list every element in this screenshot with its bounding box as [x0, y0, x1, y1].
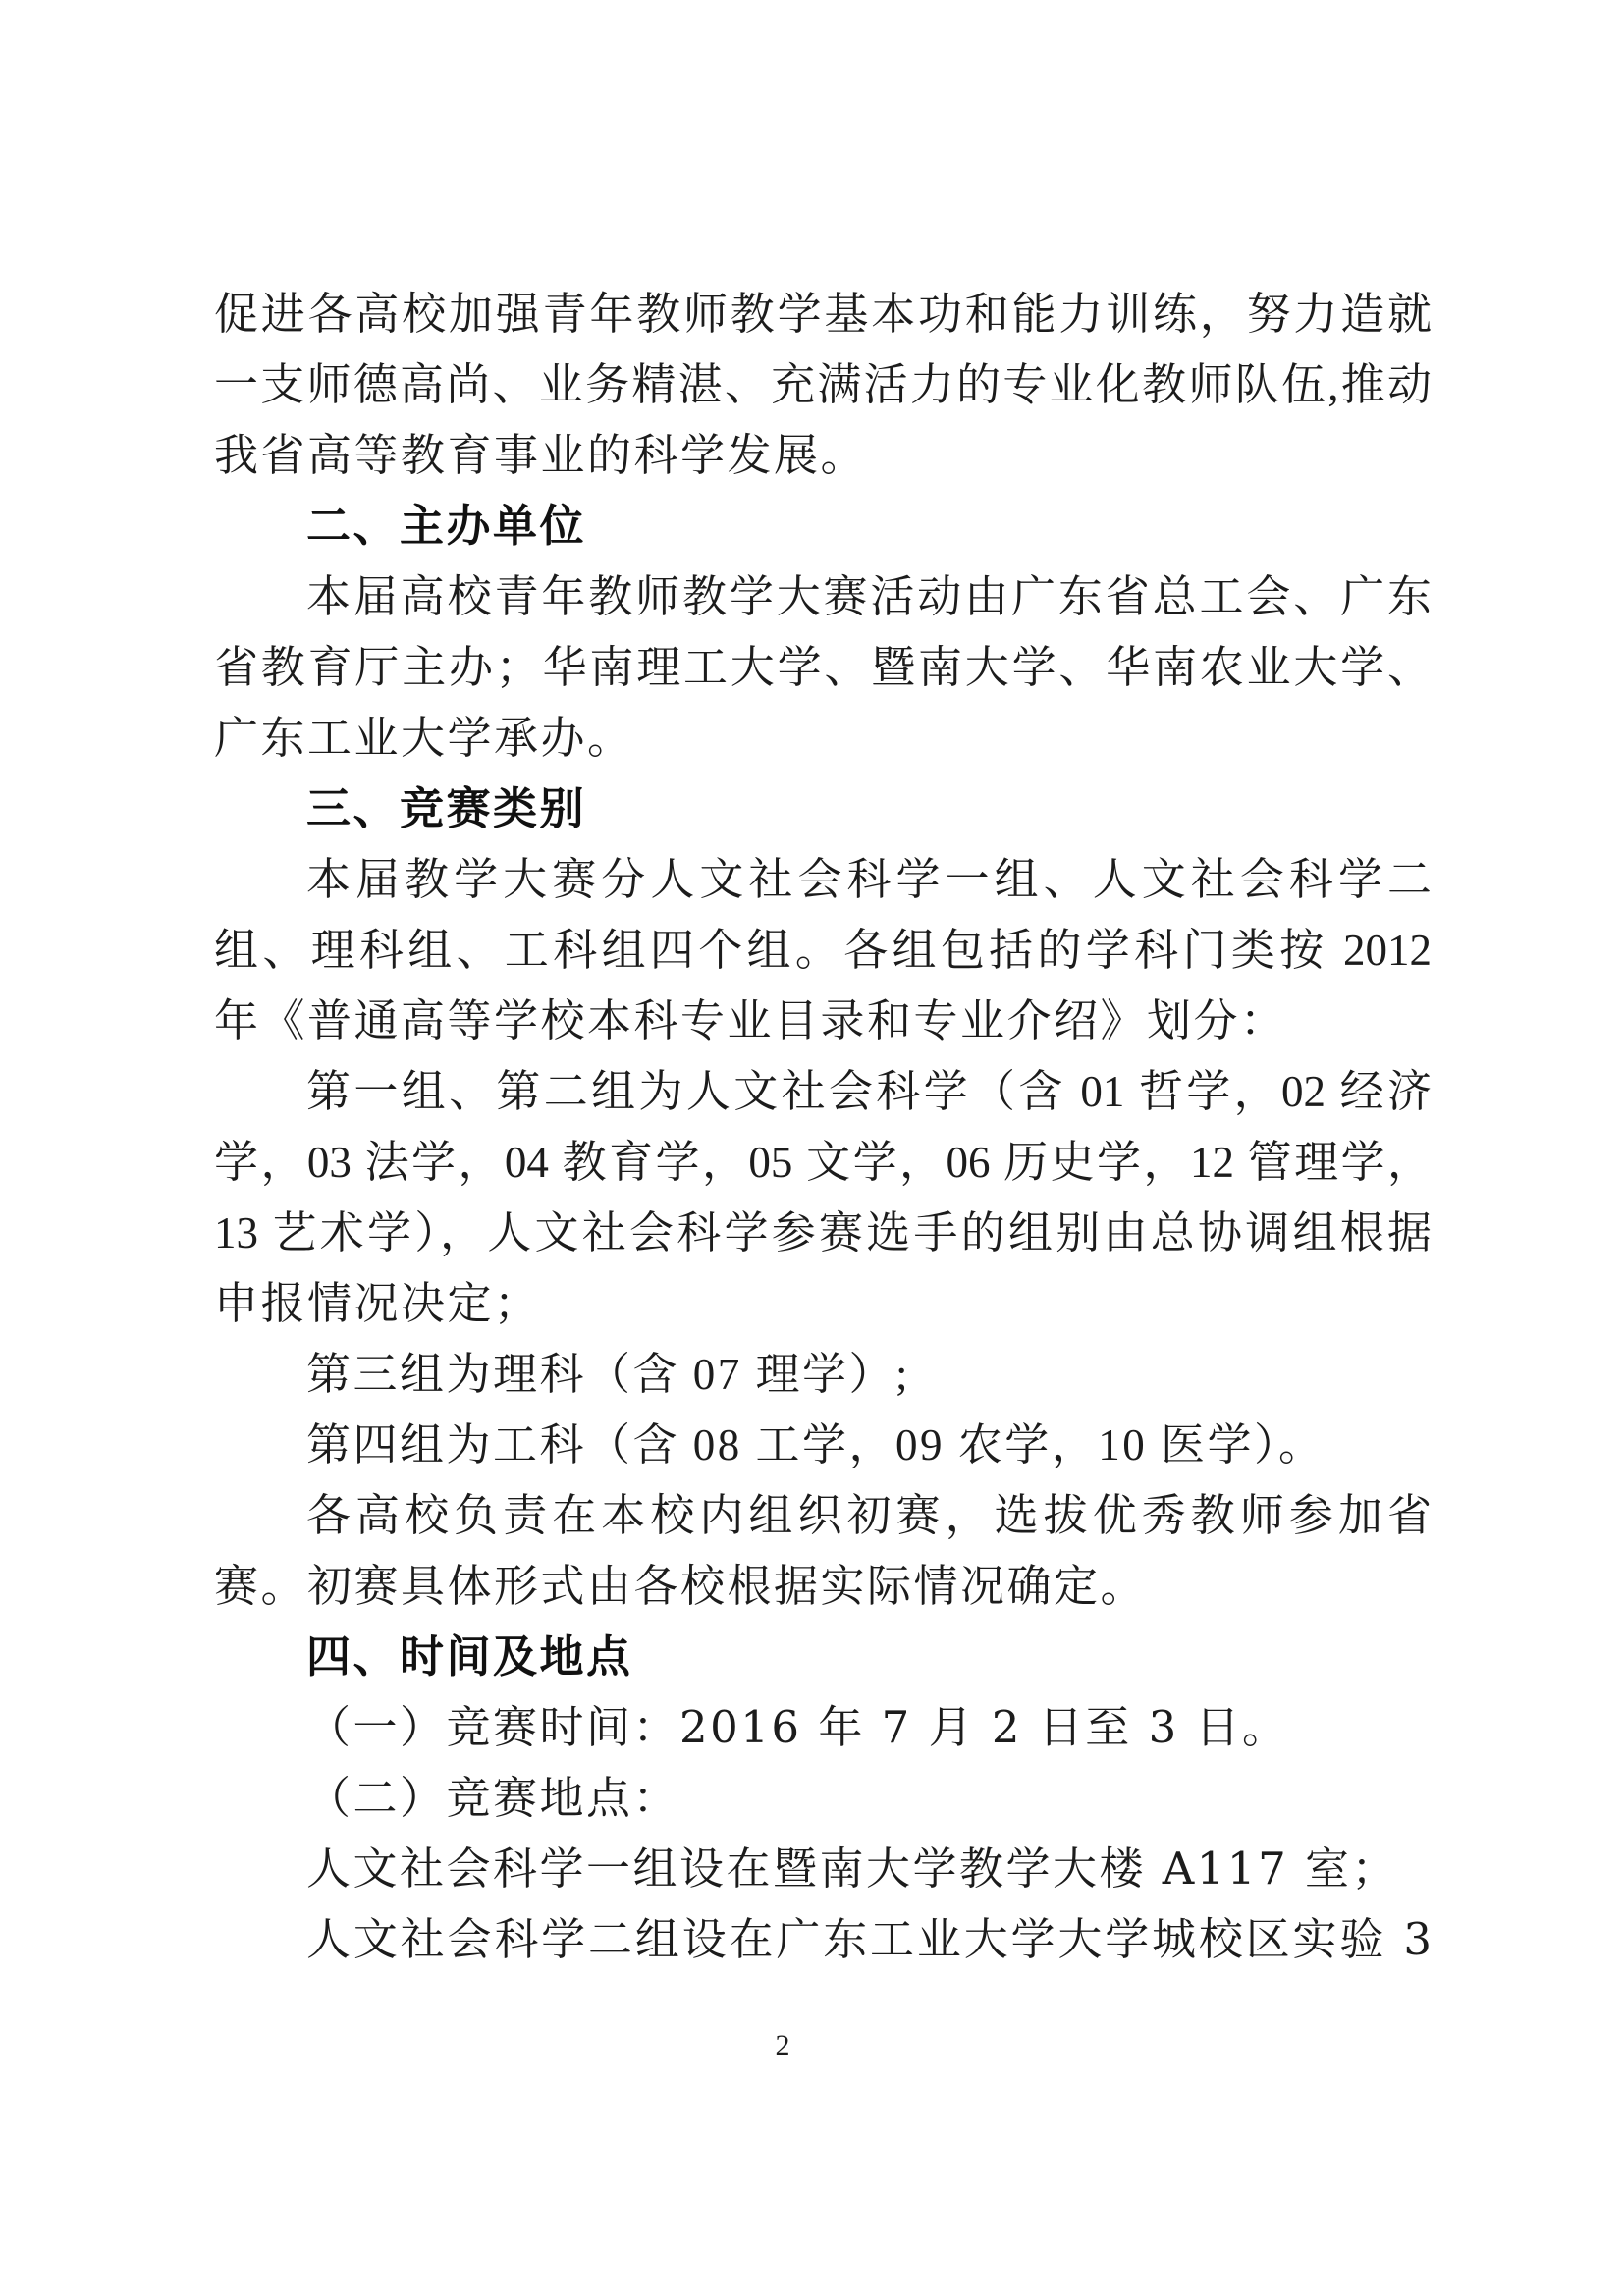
text-line: 人文社会科学二组设在广东工业大学大学城校区实验 3	[214, 1904, 1432, 1975]
text-line: 促进各高校加强青年教师教学基本功和能力训练，努力造就	[214, 279, 1432, 349]
text-line: 学，03 法学，04 教育学，05 文学，06 历史学，12 管理学，	[214, 1127, 1432, 1198]
text-line: （二）竞赛地点：	[214, 1763, 1432, 1834]
document-body: 促进各高校加强青年教师教学基本功和能力训练，努力造就一支师德高尚、业务精湛、充满…	[214, 279, 1432, 1975]
text-line: 组、理科组、工科组四个组。各组包括的学科门类按 2012	[214, 915, 1432, 986]
text-line: 人文社会科学一组设在暨南大学教学大楼 A117 室；	[214, 1834, 1432, 1904]
text-line: 年《普通高等学校本科专业目录和专业介绍》划分：	[214, 986, 1432, 1056]
text-line: 我省高等教育事业的科学发展。	[214, 420, 1432, 491]
text-line: 第四组为工科（含 08 工学，09 农学，10 医学）。	[214, 1410, 1432, 1480]
text-line: 本届教学大赛分人文社会科学一组、人文社会科学二	[214, 844, 1432, 915]
text-line: 申报情况决定；	[214, 1268, 1432, 1339]
text-line: 赛。初赛具体形式由各校根据实际情况确定。	[214, 1551, 1432, 1622]
page-number: 2	[0, 2028, 1565, 2063]
text-line: 广东工业大学承办。	[214, 703, 1432, 774]
text-line: 各高校负责在本校内组织初赛，选拔优秀教师参加省	[214, 1480, 1432, 1551]
text-line: （一）竞赛时间：2016 年 7 月 2 日至 3 日。	[214, 1692, 1432, 1763]
text-line: 第一组、第二组为人文社会科学（含 01 哲学，02 经济	[214, 1056, 1432, 1127]
text-line: 13 艺术学），人文社会科学参赛选手的组别由总协调组根据	[214, 1198, 1432, 1268]
section-heading: 四、时间及地点	[214, 1622, 1432, 1692]
text-line: 一支师德高尚、业务精湛、充满活力的专业化教师队伍,推动	[214, 349, 1432, 420]
section-heading: 三、竞赛类别	[214, 774, 1432, 844]
text-line: 本届高校青年教师教学大赛活动由广东省总工会、广东	[214, 561, 1432, 632]
document-page: 促进各高校加强青年教师教学基本功和能力训练，努力造就一支师德高尚、业务精湛、充满…	[0, 0, 1624, 2296]
text-line: 省教育厅主办；华南理工大学、暨南大学、华南农业大学、	[214, 632, 1432, 703]
text-line: 第三组为理科（含 07 理学）;	[214, 1339, 1432, 1410]
section-heading: 二、主办单位	[214, 491, 1432, 561]
